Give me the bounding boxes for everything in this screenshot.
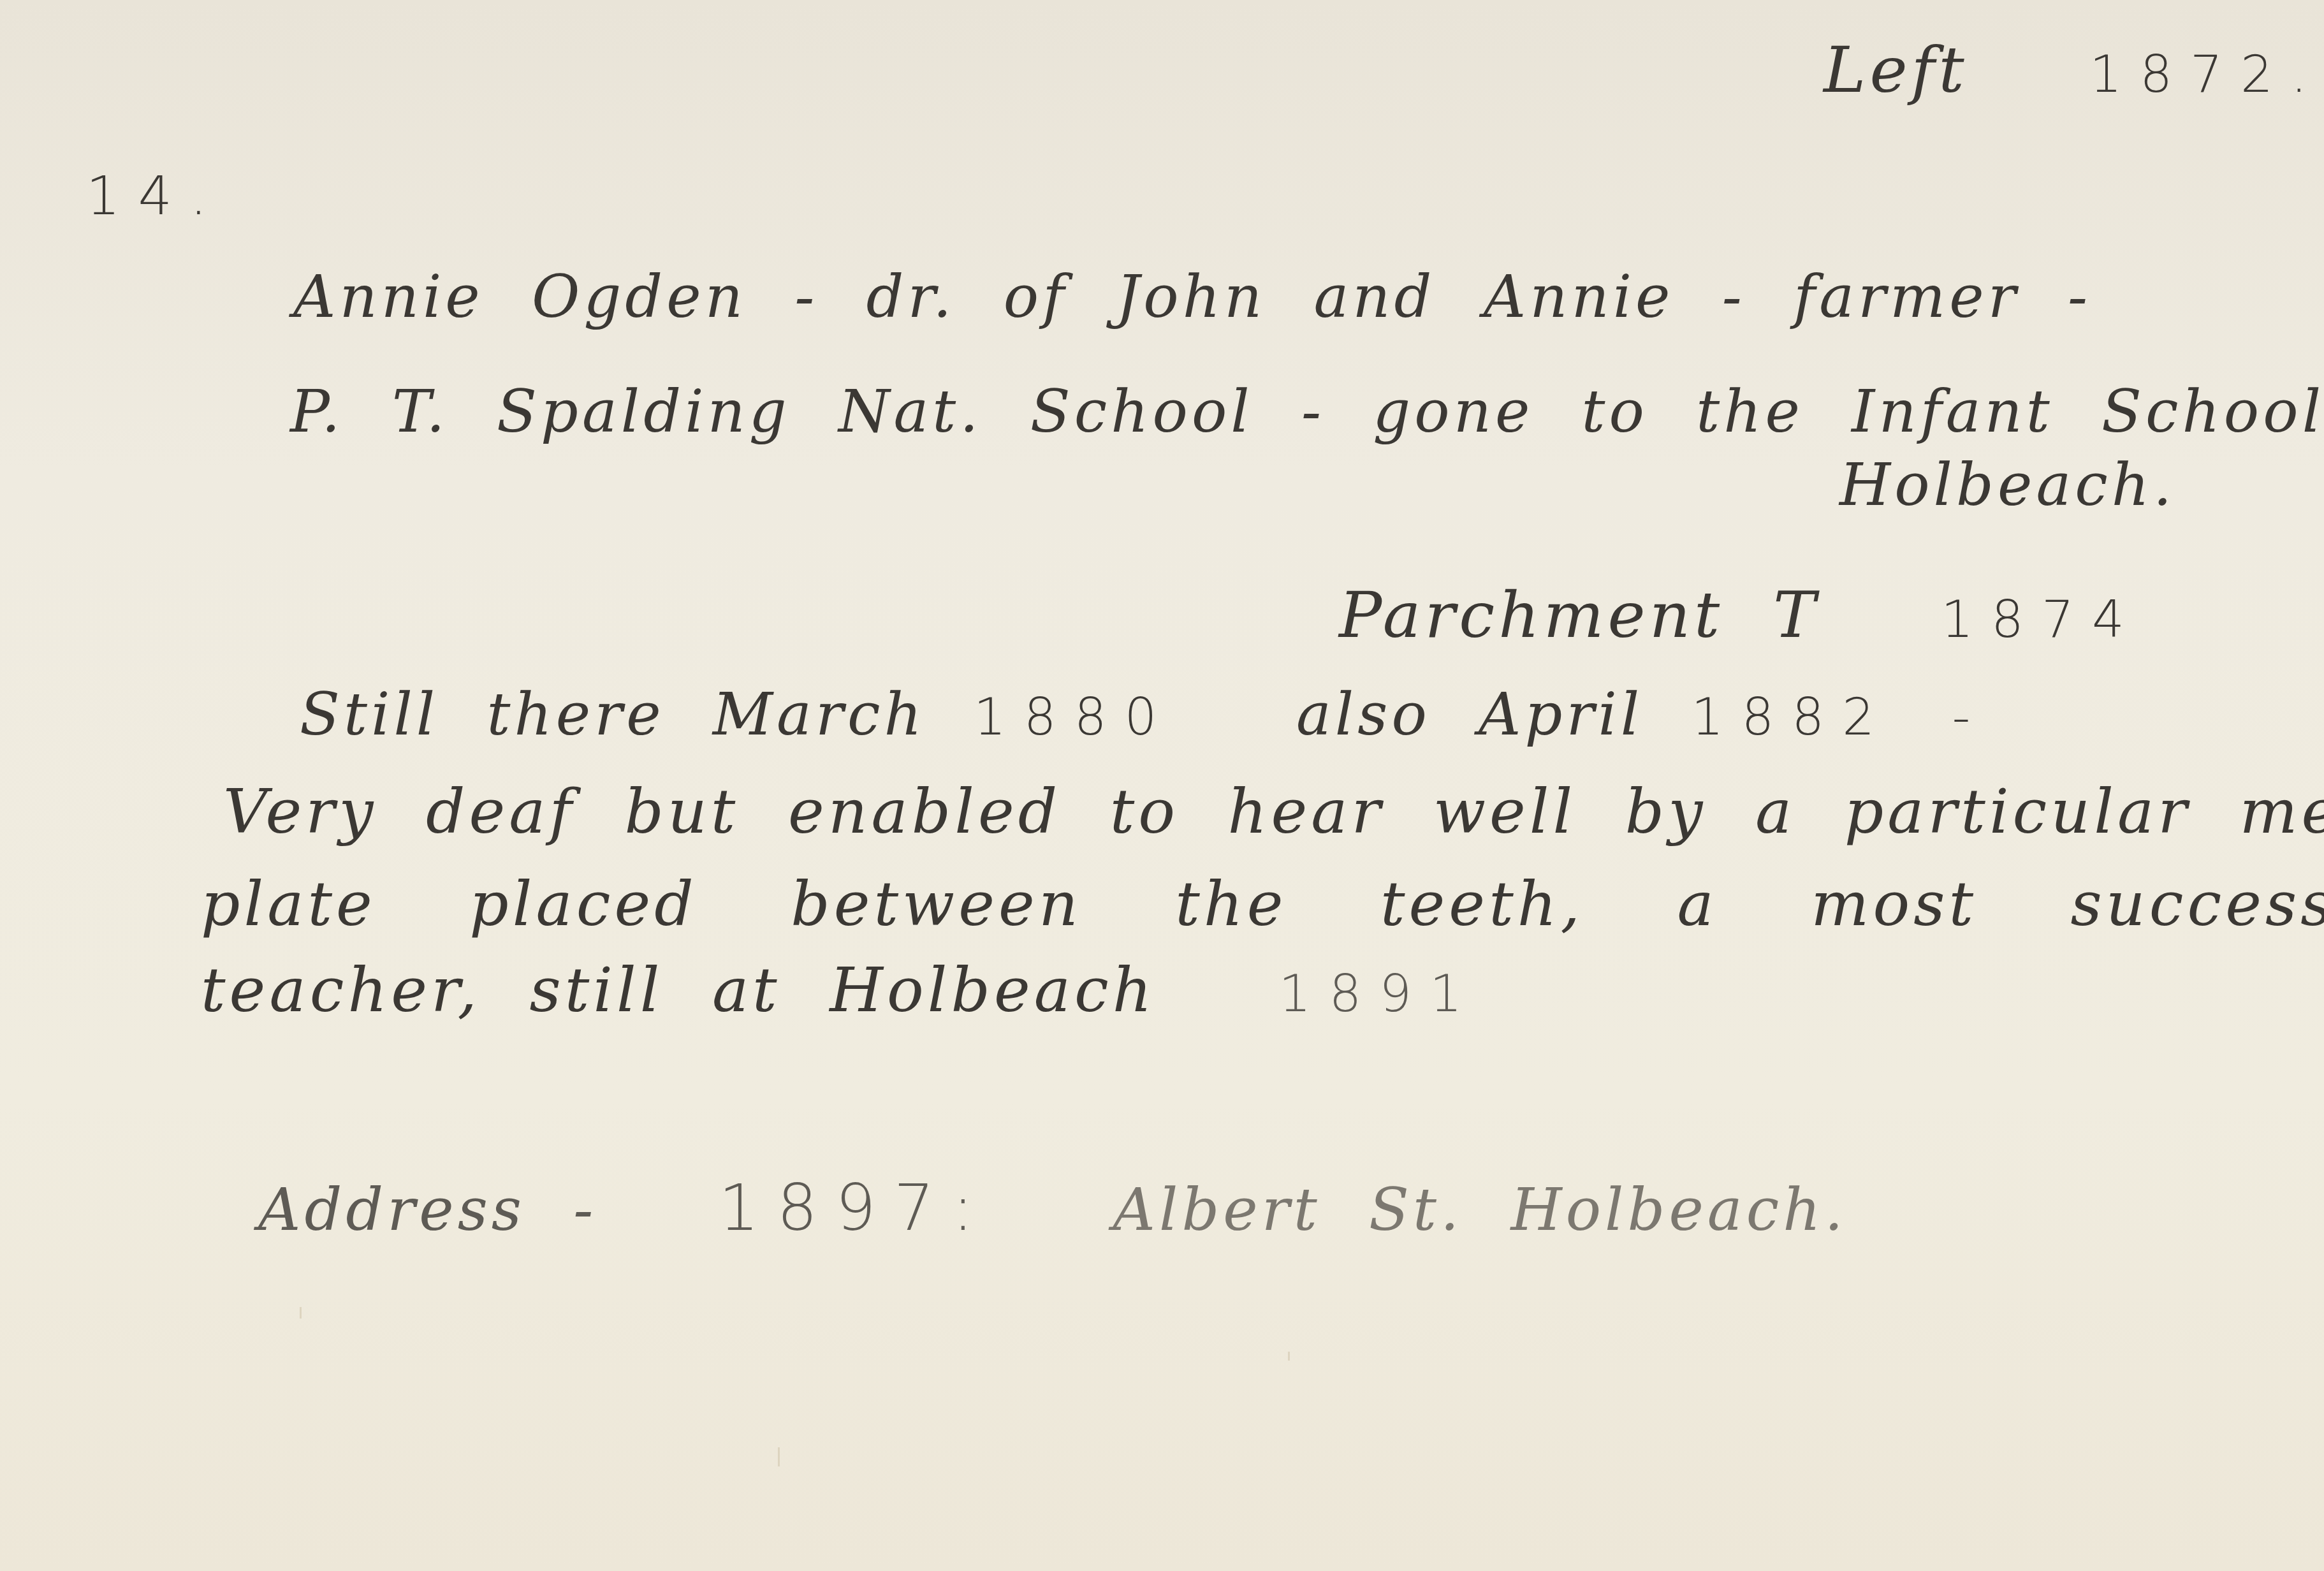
teacher-text: teacher, still at Holbeach [201, 954, 1156, 1026]
parchment-label: Parchment T [1339, 578, 1820, 652]
parchment-year: 1874 [1941, 590, 2142, 649]
paper-fleck [1288, 1352, 1290, 1361]
still-there-text: Still there March [300, 680, 926, 749]
entry-number: 14. [86, 169, 225, 223]
parchment-note: Parchment T 1874 [1339, 583, 2142, 647]
record-line-4: Very deaf but enabled to hear well by a … [223, 781, 2324, 842]
paper-fleck [778, 1447, 780, 1466]
record-card: Left 1872. 14. Annie Ogden - dr. of John… [0, 0, 2324, 1571]
address-label: Address - [258, 1176, 597, 1244]
record-line-1: Annie Ogden - dr. of John and Annie - fa… [293, 268, 2091, 326]
left-year: 1872. [2089, 45, 2324, 104]
left-label: Left [1823, 33, 1968, 107]
record-line-5: plate placed between the teeth, a most s… [201, 873, 2324, 935]
left-date: Left 1872. [1823, 38, 2324, 102]
address-line: Address - 1897: Albert St. Holbeach. [258, 1176, 1847, 1240]
year-1880: 1880 [974, 687, 1175, 747]
paper-fleck [300, 1307, 302, 1319]
also-april-text: also April [1296, 680, 1643, 749]
address-year: 1897: [719, 1171, 991, 1245]
record-line-3: Still there March 1880 also April 1882 - [300, 685, 1988, 744]
year-1891: 1891 [1279, 964, 1480, 1023]
record-line-2: P. T. Spalding Nat. School - gone to the… [290, 383, 2324, 441]
record-line-6: teacher, still at Holbeach 1891 [201, 960, 1480, 1021]
record-line-2-continuation: Holbeach. [1839, 456, 2175, 515]
year-1882: 1882 - [1692, 687, 1989, 747]
address-value: Albert St. Holbeach. [1113, 1176, 1847, 1244]
